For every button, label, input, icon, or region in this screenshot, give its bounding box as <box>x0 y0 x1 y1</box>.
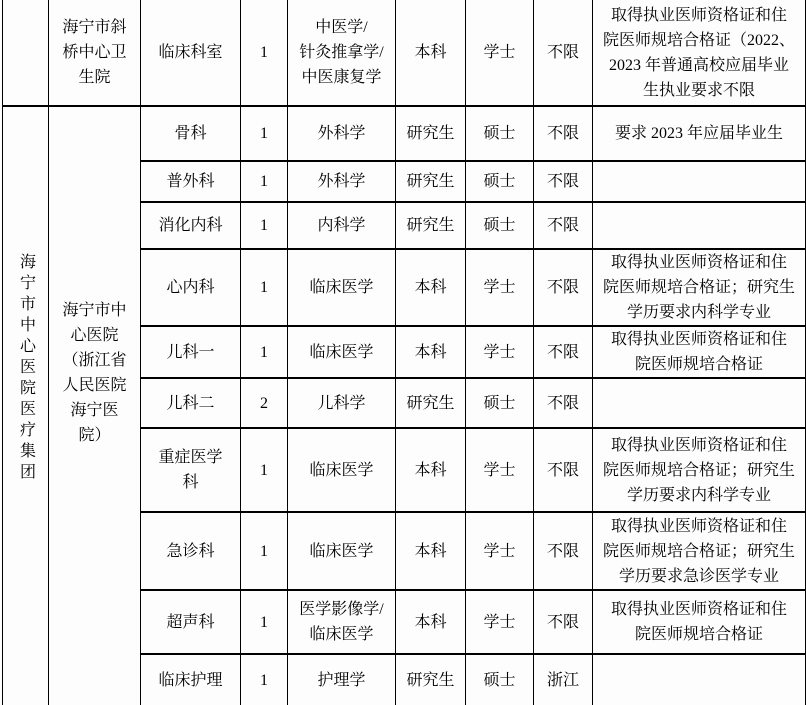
degree-cell: 学士 <box>466 590 534 654</box>
dept-cell: 临床护理 <box>141 654 241 705</box>
count-cell: 1 <box>241 202 288 249</box>
education-cell: 研究生 <box>396 161 466 202</box>
major-cell: 护理学 <box>288 654 396 705</box>
dept-cell: 急诊科 <box>141 512 241 590</box>
dept-cell: 重症医学 科 <box>141 428 241 512</box>
education-cell: 本科 <box>396 512 466 590</box>
remark-cell: 取得执业医师资格证和住 院医师规培合格证 <box>593 326 806 378</box>
degree-cell: 学士 <box>466 428 534 512</box>
count-cell: 1 <box>241 326 288 378</box>
remark-cell <box>593 161 806 202</box>
major-cell: 临床医学 <box>288 512 396 590</box>
major-cell: 中医学/ 针灸推拿学/ 中医康复学 <box>288 0 396 106</box>
group-label: 海宁市中心医院医疗集团 <box>18 253 34 484</box>
remark-cell: 取得执业医师资格证和住 院医师规培合格证；研究生 学历要求内科学专业 <box>593 249 806 326</box>
group-cell: 海宁市中心医院医疗集团 <box>3 106 49 705</box>
remark-cell <box>593 654 806 705</box>
region-cell: 不限 <box>534 326 593 378</box>
region-cell: 不限 <box>534 106 593 161</box>
group-cell-empty <box>3 0 49 106</box>
degree-cell: 硕士 <box>466 378 534 428</box>
recruitment-table: 海宁市斜 桥中心卫 生院 临床科室 1 中医学/ 针灸推拿学/ 中医康复学 本科… <box>2 0 806 705</box>
region-cell: 不限 <box>534 590 593 654</box>
dept-cell: 超声科 <box>141 590 241 654</box>
education-cell: 本科 <box>396 590 466 654</box>
region-cell: 不限 <box>534 202 593 249</box>
education-cell: 研究生 <box>396 378 466 428</box>
table-row: 海宁市中心医院医疗集团 海宁市中 心医院 （浙江省 人民医院 海宁医 院） 骨科… <box>3 106 806 161</box>
count-cell: 1 <box>241 428 288 512</box>
dept-cell: 儿科一 <box>141 326 241 378</box>
major-cell: 医学影像学/ 临床医学 <box>288 590 396 654</box>
major-cell: 临床医学 <box>288 249 396 326</box>
region-cell: 不限 <box>534 249 593 326</box>
count-cell: 1 <box>241 106 288 161</box>
education-cell: 研究生 <box>396 106 466 161</box>
major-cell: 儿科学 <box>288 378 396 428</box>
remark-cell: 取得执业医师资格证和住 院医师规培合格证；研究生 学历要求急诊医学专业 <box>593 512 806 590</box>
major-cell: 临床医学 <box>288 326 396 378</box>
dept-cell: 消化内科 <box>141 202 241 249</box>
dept-cell: 临床科室 <box>141 0 241 106</box>
degree-cell: 学士 <box>466 249 534 326</box>
count-cell: 1 <box>241 161 288 202</box>
remark-cell: 取得执业医师资格证和住 院医师规培合格证（2022、 2023 年普通高校应届毕… <box>593 0 806 106</box>
degree-cell: 硕士 <box>466 654 534 705</box>
count-cell: 1 <box>241 654 288 705</box>
degree-cell: 学士 <box>466 326 534 378</box>
region-cell: 不限 <box>534 428 593 512</box>
education-cell: 本科 <box>396 326 466 378</box>
count-cell: 1 <box>241 249 288 326</box>
remark-cell <box>593 202 806 249</box>
education-cell: 研究生 <box>396 654 466 705</box>
major-cell: 外科学 <box>288 106 396 161</box>
major-cell: 临床医学 <box>288 428 396 512</box>
hospital-label: 海宁市中 心医院 （浙江省 人民医院 海宁医 院） <box>62 298 126 448</box>
region-cell: 不限 <box>534 378 593 428</box>
remark-cell: 取得执业医师资格证和住 院医师规培合格证；研究生 学历要求内科学专业 <box>593 428 806 512</box>
hospital-cell: 海宁市斜 桥中心卫 生院 <box>49 0 141 106</box>
region-cell: 不限 <box>534 512 593 590</box>
dept-cell: 心内科 <box>141 249 241 326</box>
count-cell: 1 <box>241 512 288 590</box>
remark-cell: 取得执业医师资格证和住 院医师规培合格证 <box>593 590 806 654</box>
count-cell: 1 <box>241 0 288 106</box>
degree-cell: 硕士 <box>466 106 534 161</box>
count-cell: 2 <box>241 378 288 428</box>
degree-cell: 学士 <box>466 0 534 106</box>
region-cell: 不限 <box>534 161 593 202</box>
dept-cell: 儿科二 <box>141 378 241 428</box>
degree-cell: 硕士 <box>466 161 534 202</box>
education-cell: 本科 <box>396 0 466 106</box>
major-cell: 内科学 <box>288 202 396 249</box>
remark-cell: 要求 2023 年应届毕业生 <box>593 106 806 161</box>
hospital-cell: 海宁市中 心医院 （浙江省 人民医院 海宁医 院） <box>49 106 141 705</box>
education-cell: 本科 <box>396 428 466 512</box>
dept-cell: 骨科 <box>141 106 241 161</box>
region-cell: 不限 <box>534 0 593 106</box>
education-cell: 研究生 <box>396 202 466 249</box>
degree-cell: 硕士 <box>466 202 534 249</box>
degree-cell: 学士 <box>466 512 534 590</box>
table-row: 海宁市斜 桥中心卫 生院 临床科室 1 中医学/ 针灸推拿学/ 中医康复学 本科… <box>3 0 806 106</box>
major-cell: 外科学 <box>288 161 396 202</box>
remark-cell <box>593 378 806 428</box>
count-cell: 1 <box>241 590 288 654</box>
education-cell: 本科 <box>396 249 466 326</box>
dept-cell: 普外科 <box>141 161 241 202</box>
region-cell: 浙江 <box>534 654 593 705</box>
